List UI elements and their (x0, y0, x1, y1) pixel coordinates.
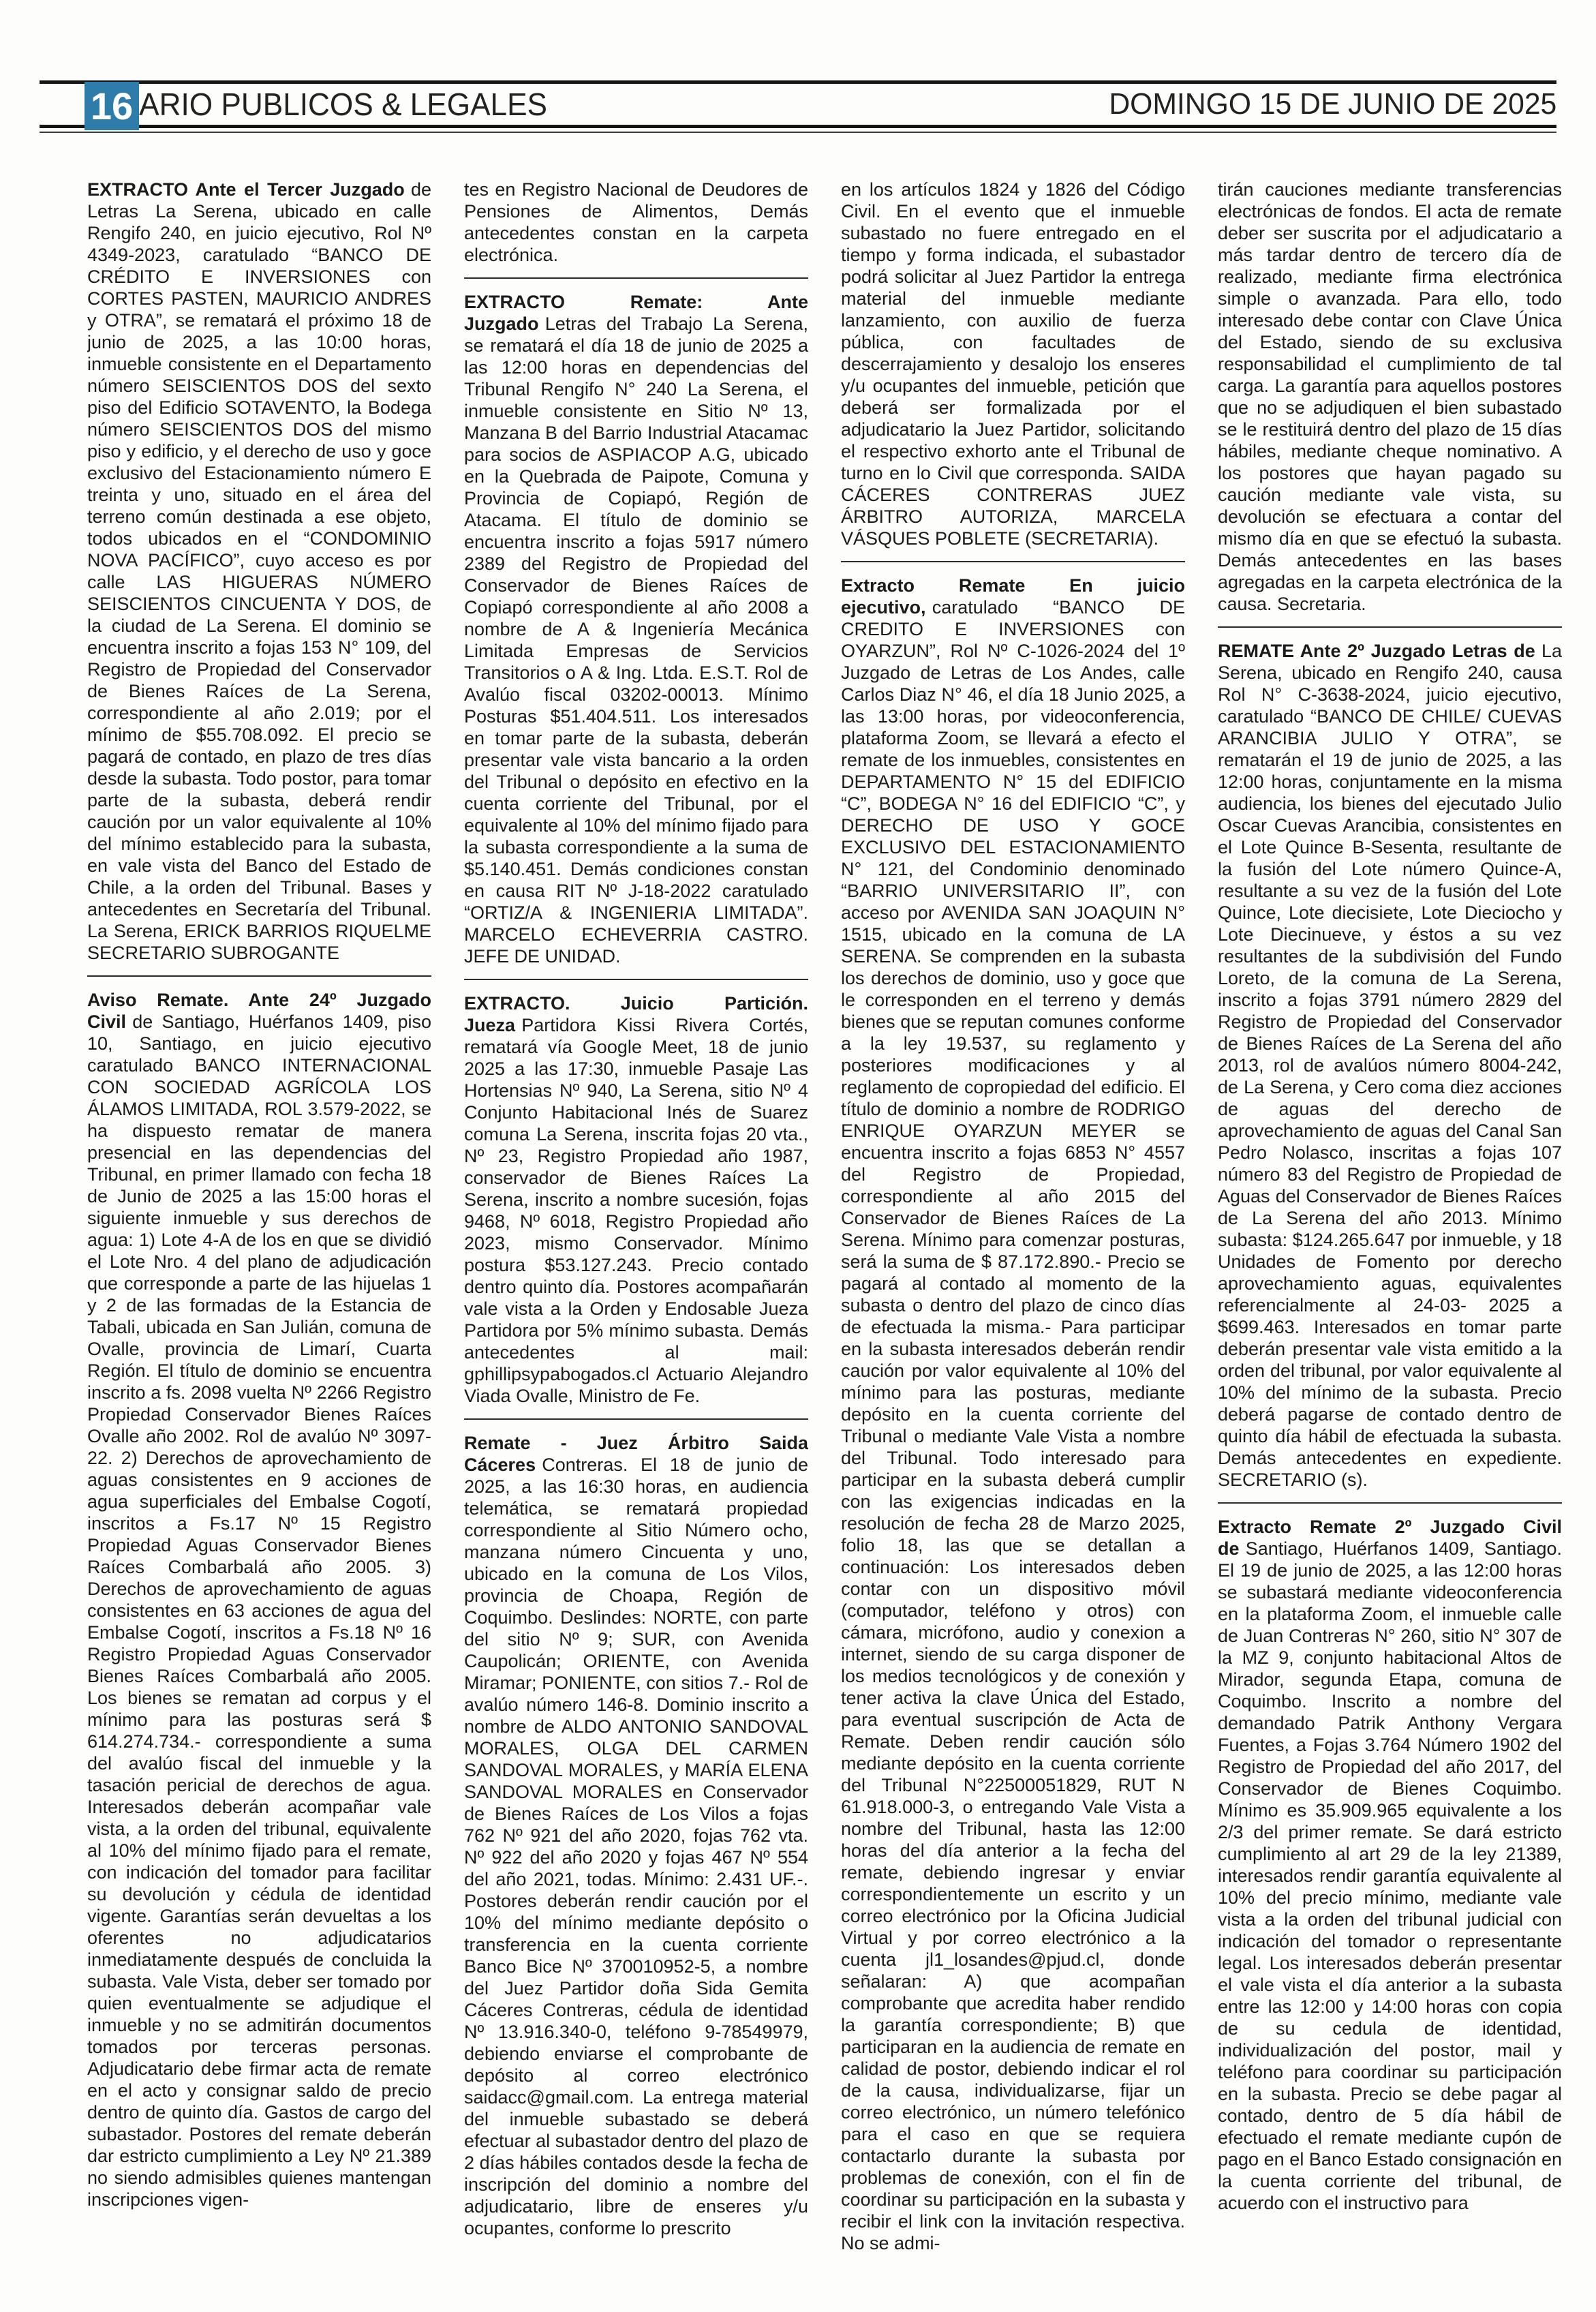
notice-lead: REMATE Ante 2º Juzgado Letras de (1218, 641, 1535, 661)
notice-body: Santiago, Huérfanos 1409, Santiago. El 1… (1218, 1538, 1562, 2213)
column-4: tirán cauciones mediante transferencias … (1218, 179, 1562, 2312)
article-divider (464, 979, 808, 980)
notice-lead: EXTRACTO Ante el Tercer Juzgado (87, 179, 405, 200)
legal-notice: tirán cauciones mediante transferencias … (1218, 179, 1562, 615)
notice-body: Partidora Kissi Rivera Cortés, rematará … (464, 1015, 808, 1406)
notice-body: La Serena, ubicado en Rengifo 240, causa… (1218, 641, 1562, 1490)
masthead-row: 16 DIARIO PUBLICOS & LEGALES DOMINGO 15 … (40, 84, 1556, 125)
column-1: EXTRACTO Ante el Tercer Juzgadode Letras… (87, 179, 431, 2312)
article-divider (1218, 626, 1562, 628)
notice-body: tirán cauciones mediante transferencias … (1218, 179, 1562, 614)
legal-notice: EXTRACTO Ante el Tercer Juzgadode Letras… (87, 179, 431, 964)
legal-notice: EXTRACTO Remate: Ante JuzgadoLetras del … (464, 291, 808, 967)
column-2: tes en Registro Nacional de Deudores de … (464, 179, 808, 2312)
legal-notice: Aviso Remate. Ante 24º Juzgado Civilde S… (87, 989, 431, 2210)
masthead-title: DIARIO PUBLICOS & LEGALES (109, 86, 547, 123)
page-number-badge: 16 (85, 82, 139, 130)
legal-notice: Extracto Remate En juicio ejecutivo,cara… (841, 575, 1185, 2254)
page-header: 16 DIARIO PUBLICOS & LEGALES DOMINGO 15 … (40, 80, 1556, 133)
header-bottom-rule-thin (40, 132, 1556, 133)
notice-body: Letras del Trabajo La Serena, se rematar… (464, 314, 808, 967)
notice-columns: EXTRACTO Ante el Tercer Juzgadode Letras… (87, 179, 1563, 2312)
notice-body: tes en Registro Nacional de Deudores de … (464, 179, 808, 265)
notice-body: caratulado “BANCO DE CREDITO E INVERSION… (841, 597, 1185, 2253)
legal-notice: Remate - Juez Árbitro Saida CáceresContr… (464, 1432, 808, 2239)
legal-notice: tes en Registro Nacional de Deudores de … (464, 179, 808, 266)
article-divider (87, 975, 431, 977)
notice-body: en los artículos 1824 y 1826 del Código … (841, 179, 1185, 549)
legal-notice: en los artículos 1824 y 1826 del Código … (841, 179, 1185, 549)
newspaper-page: 16 DIARIO PUBLICOS & LEGALES DOMINGO 15 … (0, 0, 1596, 2312)
notice-body: de Santiago, Huérfanos 1409, piso 10, Sa… (87, 1011, 431, 2210)
article-divider (464, 1418, 808, 1420)
legal-notice: EXTRACTO. Juicio Partición. JuezaPartido… (464, 992, 808, 1407)
legal-notice: REMATE Ante 2º Juzgado Letras deLa Seren… (1218, 640, 1562, 1491)
notice-body: Contreras. El 18 de junio de 2025, a las… (464, 1455, 808, 2238)
column-3: en los artículos 1824 y 1826 del Código … (841, 179, 1185, 2312)
notice-body: de Letras La Serena, ubicado en calle Re… (87, 179, 431, 963)
article-divider (841, 561, 1185, 562)
masthead-date: DOMINGO 15 DE JUNIO DE 2025 (1109, 87, 1556, 121)
legal-notice: Extracto Remate 2º Juzgado Civil deSanti… (1218, 1516, 1562, 2214)
article-divider (464, 277, 808, 279)
header-bottom-rule (40, 125, 1556, 128)
article-divider (1218, 1502, 1562, 1504)
